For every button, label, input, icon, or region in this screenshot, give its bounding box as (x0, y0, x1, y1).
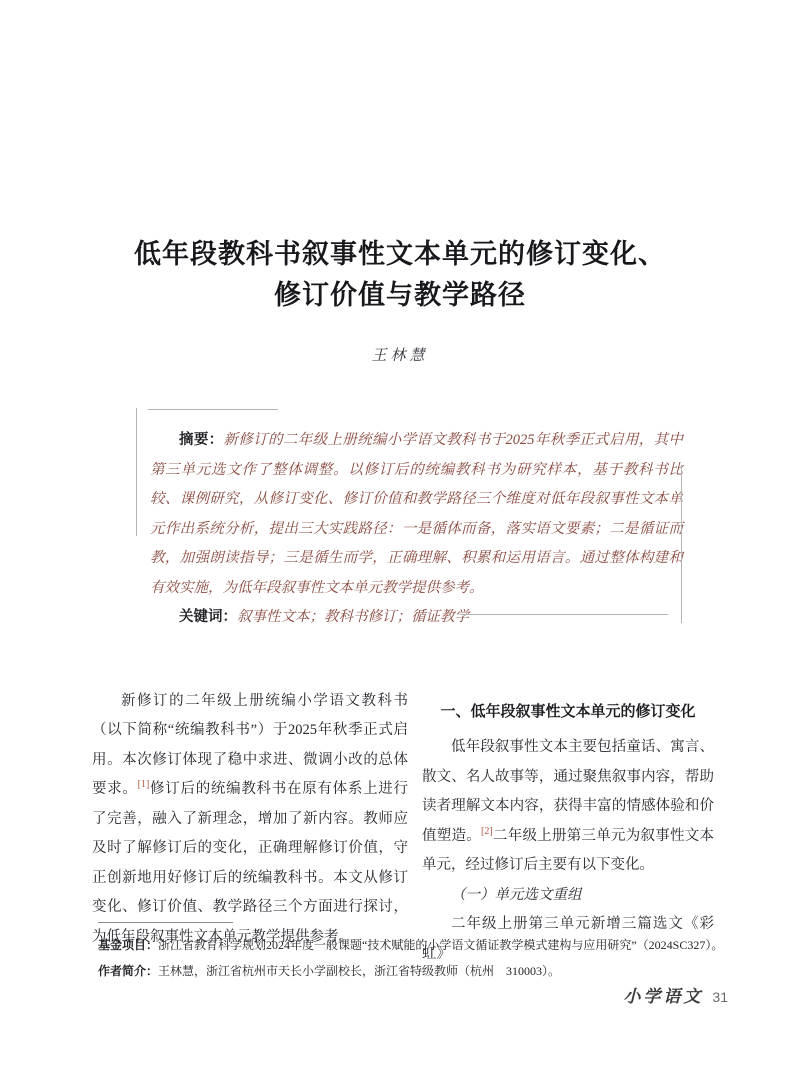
footnotes-block: 基金项目：浙江省教育科学规划2024年度一般课题“技术赋能的小学语文循证教学模式… (98, 932, 753, 984)
keywords-text: 叙事性文本；教科书修订；循证教学 (237, 609, 469, 625)
left-paragraph-text-2: 修订后的统编教科书在原有体系上进行了完善，融入了新理念，增加了新内容。教师应及时… (92, 781, 408, 945)
abstract-right-rule (681, 465, 682, 623)
keywords-label: 关键词： (179, 609, 237, 625)
page-number: 31 (712, 989, 728, 1005)
article-title-line2: 修订价值与教学路径 (274, 280, 526, 310)
author-bio-text: 王林慧，浙江省杭州市天长小学副校长，浙江省特级教师（杭州 310003）。 (158, 964, 560, 978)
right-column-paragraph-1: 低年段叙事性文本主要包括童话、寓言、散文、名人故事等，通过聚焦叙事内容，帮助读者… (422, 733, 714, 881)
page-footer: 小学语文 31 (623, 982, 728, 1007)
author-bio-line: 作者简介：王林慧，浙江省杭州市天长小学副校长，浙江省特级教师（杭州 310003… (98, 958, 753, 984)
abstract-paragraph: 摘要：新修订的二年级上册统编小学语文教科书于2025年秋季正式启用，其中第三单元… (150, 426, 683, 603)
abstract-label: 摘要： (179, 432, 224, 448)
article-title: 低年段教科书叙事性文本单元的修订变化、 修订价值与教学路径 (0, 0, 800, 316)
abstract-block: 摘要：新修订的二年级上册统编小学语文教科书于2025年秋季正式启用，其中第三单元… (135, 401, 695, 663)
journal-name: 小学语文 (623, 982, 703, 1007)
right-column: 一、低年段叙事性文本单元的修订变化 低年段叙事性文本主要包括童话、寓言、散文、名… (422, 687, 714, 970)
body-columns: 新修订的二年级上册统编小学语文教科书（以下简称“统编教科书”）于2025年秋季正… (92, 687, 714, 970)
author-bio-label: 作者简介： (98, 964, 158, 978)
abstract-bottom-rule (460, 614, 668, 615)
article-title-line1: 低年段教科书叙事性文本单元的修订变化、 (134, 239, 666, 269)
abstract-text: 新修订的二年级上册统编小学语文教科书于2025年秋季正式启用，其中第三单元选文作… (150, 432, 683, 596)
article-author: 王林慧 (0, 344, 800, 365)
abstract-left-rule (136, 408, 137, 536)
citation-ref-1: [1] (138, 779, 150, 790)
fund-project-label: 基金项目： (98, 938, 158, 952)
section-heading: 一、低年段叙事性文本单元的修订变化 (422, 697, 714, 727)
subsection-heading: （一）单元选文重组 (422, 881, 714, 911)
left-column: 新修订的二年级上册统编小学语文教科书（以下简称“统编教科书”）于2025年秋季正… (92, 687, 408, 970)
citation-ref-2: [2] (481, 826, 493, 837)
journal-page: 低年段教科书叙事性文本单元的修订变化、 修订价值与教学路径 王林慧 摘要：新修订… (0, 0, 800, 1077)
keywords-line: 关键词：叙事性文本；教科书修订；循证教学 (150, 603, 683, 633)
abstract-top-rule (148, 409, 278, 410)
fund-project-text: 浙江省教育科学规划2024年度一般课题“技术赋能的小学语文循证教学模式建构与应用… (158, 938, 723, 952)
footnote-divider-rule (98, 922, 233, 923)
fund-project-line: 基金项目：浙江省教育科学规划2024年度一般课题“技术赋能的小学语文循证教学模式… (98, 932, 753, 958)
left-column-paragraph: 新修订的二年级上册统编小学语文教科书（以下简称“统编教科书”）于2025年秋季正… (92, 687, 408, 953)
